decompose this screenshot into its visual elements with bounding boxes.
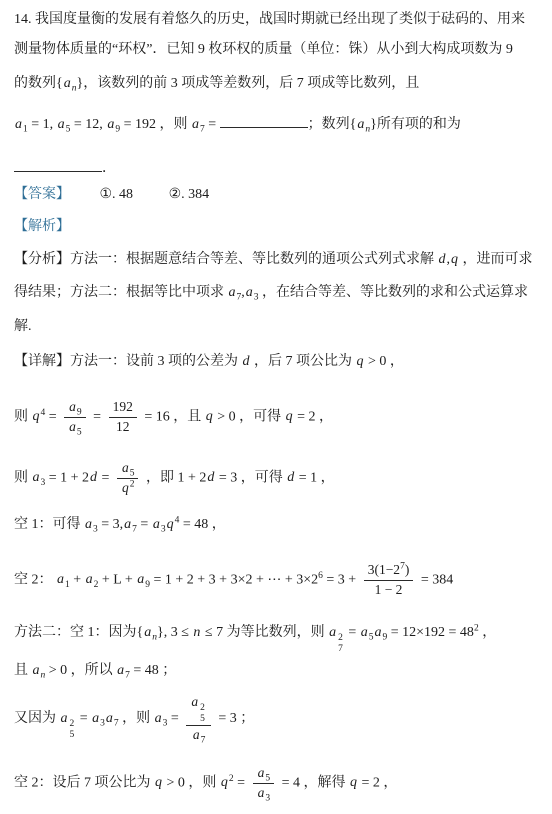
math-var: a xyxy=(116,663,125,678)
formula-content: 又因为 a25 = a3a7 ，则 a3 = a25a7 = 3 ； xyxy=(14,694,254,744)
text-run: 则 xyxy=(14,470,32,485)
text-run: ，则 xyxy=(119,711,154,726)
method2-blank1-line: 方法二：空 1：因为{an}, 3 ≤ n ≤ 7 为等比数列，则 a27 = … xyxy=(14,618,538,648)
math-var: q xyxy=(32,409,41,424)
text-run: = 16 ，且 xyxy=(141,409,205,424)
math-var: a xyxy=(374,625,383,640)
math-var: d xyxy=(89,470,98,485)
blank1-solution-line: 空 1：可得 a3 = 3,a7 = a3q4 = 48 ， xyxy=(14,511,538,539)
math-var: a xyxy=(143,625,152,640)
text-run: = 1 + 2 + 3 + 3×2 + ⋯ + 3×2 xyxy=(150,572,318,587)
math-var: a xyxy=(154,711,163,726)
text-run: 得结果；方法二：根据等比中项求 xyxy=(14,285,228,300)
math-var: a xyxy=(63,76,72,91)
math-var: a xyxy=(257,785,266,800)
formula-content: 则 q4 = a9a5 = 19212 = 16 ，且 q > 0 ，可得 q … xyxy=(14,399,333,436)
text-run: ≤ 7 为等比数列，则 xyxy=(201,625,328,640)
math-var: a xyxy=(105,711,114,726)
math-var: q xyxy=(166,517,175,532)
text-run: > 0 ，可得 xyxy=(214,409,285,424)
math-var: a xyxy=(68,399,77,414)
stacked-subsup: 25 xyxy=(200,703,205,724)
text-run: 的数列 xyxy=(14,76,56,91)
text-run: = 12, xyxy=(70,117,106,132)
math-var: a xyxy=(85,572,94,587)
text-run: , 3 ≤ xyxy=(164,625,193,640)
text-run: 且 xyxy=(14,663,32,678)
stacked-subsup: 27 xyxy=(338,633,343,654)
fraction: a5q2 xyxy=(117,460,139,497)
math-solution-page: 14. 我国度量衡的发展有着悠久的历史，战国时期就已经出现了类似于砝码的、用来 … xyxy=(0,0,552,814)
math-var: a xyxy=(106,117,115,132)
math-var: a xyxy=(57,117,66,132)
jiexi-line: 【解析】 xyxy=(14,216,538,238)
text-run: = xyxy=(76,711,91,726)
text-run: = 3, xyxy=(98,517,123,532)
detail-intro-line: 【详解】方法一：设前 3 项的公差为 d ，后 7 项公比为 q > 0 ， xyxy=(14,350,538,374)
math-var: q xyxy=(285,409,294,424)
text-run: ，该数列的前 3 项成等差数列，后 7 项成等比数列，且 xyxy=(83,76,419,91)
text-run: ) xyxy=(405,562,410,577)
text-run: + L + xyxy=(98,572,136,587)
subscript: 5 xyxy=(77,427,82,437)
positivity-line: 且 an > 0 ，所以 a7 = 48 ； xyxy=(14,658,538,684)
math-var: d xyxy=(206,470,215,485)
math-var: a xyxy=(56,572,65,587)
math-var: d xyxy=(438,252,447,267)
math-var: a xyxy=(328,625,337,640)
formula-line-a3: 则 a3 = 1 + 2d = a5q2 ，即 1 + 2d = 3 ，可得 d… xyxy=(14,448,538,508)
text-run: = 4 ，解得 xyxy=(278,775,349,790)
question-text-line-2: 测量物体质量的“环权”．已知 9 枚环权的质量（单位：铢）从小到大构成项数为 9 xyxy=(14,38,538,62)
math-var: d xyxy=(286,470,295,485)
text-run: ，即 1 + 2 xyxy=(142,470,206,485)
text-run: } xyxy=(370,117,377,132)
text-run: = 48 ， xyxy=(179,517,225,532)
math-var: a xyxy=(192,727,201,742)
question-text-line-5: ． xyxy=(14,156,538,182)
text-run: > 0 ， xyxy=(365,354,404,369)
answer-item-2: ②. 384 xyxy=(169,187,210,202)
text-run: = xyxy=(98,470,113,485)
subscript: 5 xyxy=(265,773,270,783)
math-var: a xyxy=(190,694,199,709)
math-var: q xyxy=(205,409,214,424)
text-run: 空 1：可得 xyxy=(14,517,84,532)
question-text-line-3: 的数列{an}，该数列的前 3 项成等差数列，后 7 项成等比数列，且 xyxy=(14,70,538,98)
math-var: a xyxy=(84,517,93,532)
analysis-line-3: 解. xyxy=(14,315,538,339)
math-var: a xyxy=(123,517,132,532)
math-var: a xyxy=(32,470,41,485)
text-run: = xyxy=(345,625,360,640)
math-var: a xyxy=(32,663,41,678)
method2-blank2-line: 空 2：设后 7 项公比为 q > 0 ，则 q2 = a5a3 = 4 ，解得… xyxy=(14,752,538,814)
text-run: = 3 ； xyxy=(215,711,254,726)
text-run: } xyxy=(157,625,164,640)
text-run: = 48 ； xyxy=(130,663,176,678)
math-var: a xyxy=(191,117,200,132)
text-run: = xyxy=(45,409,60,424)
math-var: q xyxy=(349,775,358,790)
subscript: 3 xyxy=(161,524,166,534)
answer-line: 【答案】 ①. 48 ②. 384 xyxy=(14,184,538,206)
text-run: ， xyxy=(479,625,497,640)
text-run: ，后 7 项公比为 xyxy=(251,354,356,369)
math-var: a xyxy=(152,517,161,532)
formula-content: 则 a3 = 1 + 2d = a5q2 ，即 1 + 2d = 3 ，可得 d… xyxy=(14,460,335,497)
text-run: = 2 ， xyxy=(358,775,397,790)
fraction: 19212 xyxy=(109,399,137,436)
math-var: q xyxy=(450,252,459,267)
formula-content: 空 2： a1 + a2 + L + a9 = 1 + 2 + 3 + 3×2 … xyxy=(14,562,453,599)
math-var: a xyxy=(14,117,23,132)
fraction: a25a7 xyxy=(186,694,211,744)
subscript: 9 xyxy=(77,407,82,417)
analysis-line-1: 【分析】方法一：根据题意结合等差、等比数列的通项公式列式求解 d,q ，进而可求 xyxy=(14,248,538,272)
jiexi-label: 【解析】 xyxy=(14,219,70,234)
superscript: 2 xyxy=(130,479,135,489)
text-run: = xyxy=(137,517,152,532)
text-run: 【详解】方法一：设前 3 项的公差为 xyxy=(14,354,242,369)
text-run: = 2 ， xyxy=(294,409,333,424)
math-var: q xyxy=(121,480,130,495)
math-var: a xyxy=(91,711,100,726)
text-run: 所有项的和为 xyxy=(377,117,461,132)
text-run: = 1 ， xyxy=(295,470,334,485)
fraction: a5a3 xyxy=(253,765,275,802)
math-var: a xyxy=(245,285,254,300)
formula-content: 空 2：设后 7 项公比为 q > 0 ，则 q2 = a5a3 = 4 ，解得… xyxy=(14,765,397,802)
math-var: a xyxy=(356,117,365,132)
blank2-solution-line: 空 2： a1 + a2 + L + a9 = 1 + 2 + 3 + 3×2 … xyxy=(14,545,538,615)
text-run: = 3 ，可得 xyxy=(215,470,286,485)
math-var: a xyxy=(360,625,369,640)
text-run: 方法二：空 1：因为 xyxy=(14,625,137,640)
text-run: = xyxy=(205,117,220,132)
text-run: 【分析】方法一：根据题意结合等差、等比数列的通项公式列式求解 xyxy=(14,252,438,267)
math-var: d xyxy=(242,354,251,369)
text-run: 3(1−2 xyxy=(368,562,400,577)
text-run: = 384 xyxy=(417,572,453,587)
math-var: q xyxy=(154,775,163,790)
text-run: = 1 + 2 xyxy=(45,470,89,485)
text-run: ；数列 xyxy=(308,117,350,132)
answer-item-1: ①. 48 xyxy=(100,187,134,202)
text-run: > 0 ，所以 xyxy=(45,663,116,678)
fraction: 3(1−27)1 − 2 xyxy=(364,562,414,599)
text-run: 192 xyxy=(113,399,133,414)
question-text-line-1: 14. 我国度量衡的发展有着悠久的历史，战国时期就已经出现了类似于砝码的、用来 xyxy=(14,8,538,32)
fill-in-blank xyxy=(14,157,102,172)
formula-line-q4: 则 q4 = a9a5 = 19212 = 16 ，且 q > 0 ，可得 q … xyxy=(14,386,538,448)
text-run: 12 xyxy=(116,419,130,434)
text-run: = xyxy=(167,711,182,726)
text-run: + xyxy=(70,572,85,587)
subscript: 5 xyxy=(369,632,374,642)
text-run: = xyxy=(90,409,105,424)
text-run: 14. 我国度量衡的发展有着悠久的历史，战国时期就已经出现了类似于砝码的、用来 xyxy=(14,12,525,27)
answer-label: 【答案】 xyxy=(14,187,70,202)
math-var: a xyxy=(68,419,77,434)
subscript: 7 xyxy=(201,735,206,745)
math-var: q xyxy=(356,354,365,369)
text-run: 又因为 xyxy=(14,711,60,726)
geometric-mean-line: 又因为 a25 = a3a7 ，则 a3 = a25a7 = 3 ； xyxy=(14,688,538,750)
math-var: a xyxy=(257,765,266,780)
text-run: = 192 ，则 xyxy=(120,117,191,132)
text-run: = 1, xyxy=(28,117,57,132)
text-run: 测量物体质量的“环权”．已知 9 枚环权的质量（单位：铢）从小到大构成项数为 9 xyxy=(14,42,513,57)
analysis-line-2: 得结果；方法二：根据等比中项求 a7,a3 ，在结合等差、等比数列的求和公式运算… xyxy=(14,281,538,305)
math-var: a xyxy=(60,711,69,726)
question-text-line-4: a1 = 1, a5 = 12, a9 = 192 ，则 a7 = ；数列{an… xyxy=(14,108,538,142)
text-run: 则 xyxy=(14,409,32,424)
subscript: 3 xyxy=(265,793,270,803)
text-run: ，进而可求 xyxy=(459,252,533,267)
subscript: 5 xyxy=(130,468,135,478)
text-run: 解. xyxy=(14,319,32,334)
math-var: a xyxy=(136,572,145,587)
text-run: > 0 ，则 xyxy=(163,775,220,790)
text-run: = 3 + xyxy=(323,572,360,587)
text-run: { xyxy=(56,76,63,91)
text-run: = 12×192 = 48 xyxy=(387,625,474,640)
text-run: ． xyxy=(102,161,116,176)
text-run: 1 − 2 xyxy=(375,582,403,597)
stacked-subsup: 25 xyxy=(70,719,75,740)
fraction: a9a5 xyxy=(64,399,86,436)
text-run: 空 2：设后 7 项公比为 xyxy=(14,775,154,790)
math-var: a xyxy=(228,285,237,300)
fill-in-blank xyxy=(220,113,308,128)
text-run: = xyxy=(234,775,249,790)
text-run: ，在结合等差、等比数列的求和公式运算求 xyxy=(259,285,529,300)
math-var: q xyxy=(220,775,229,790)
text-run: 空 2： xyxy=(14,572,56,587)
math-var: a xyxy=(121,460,130,475)
